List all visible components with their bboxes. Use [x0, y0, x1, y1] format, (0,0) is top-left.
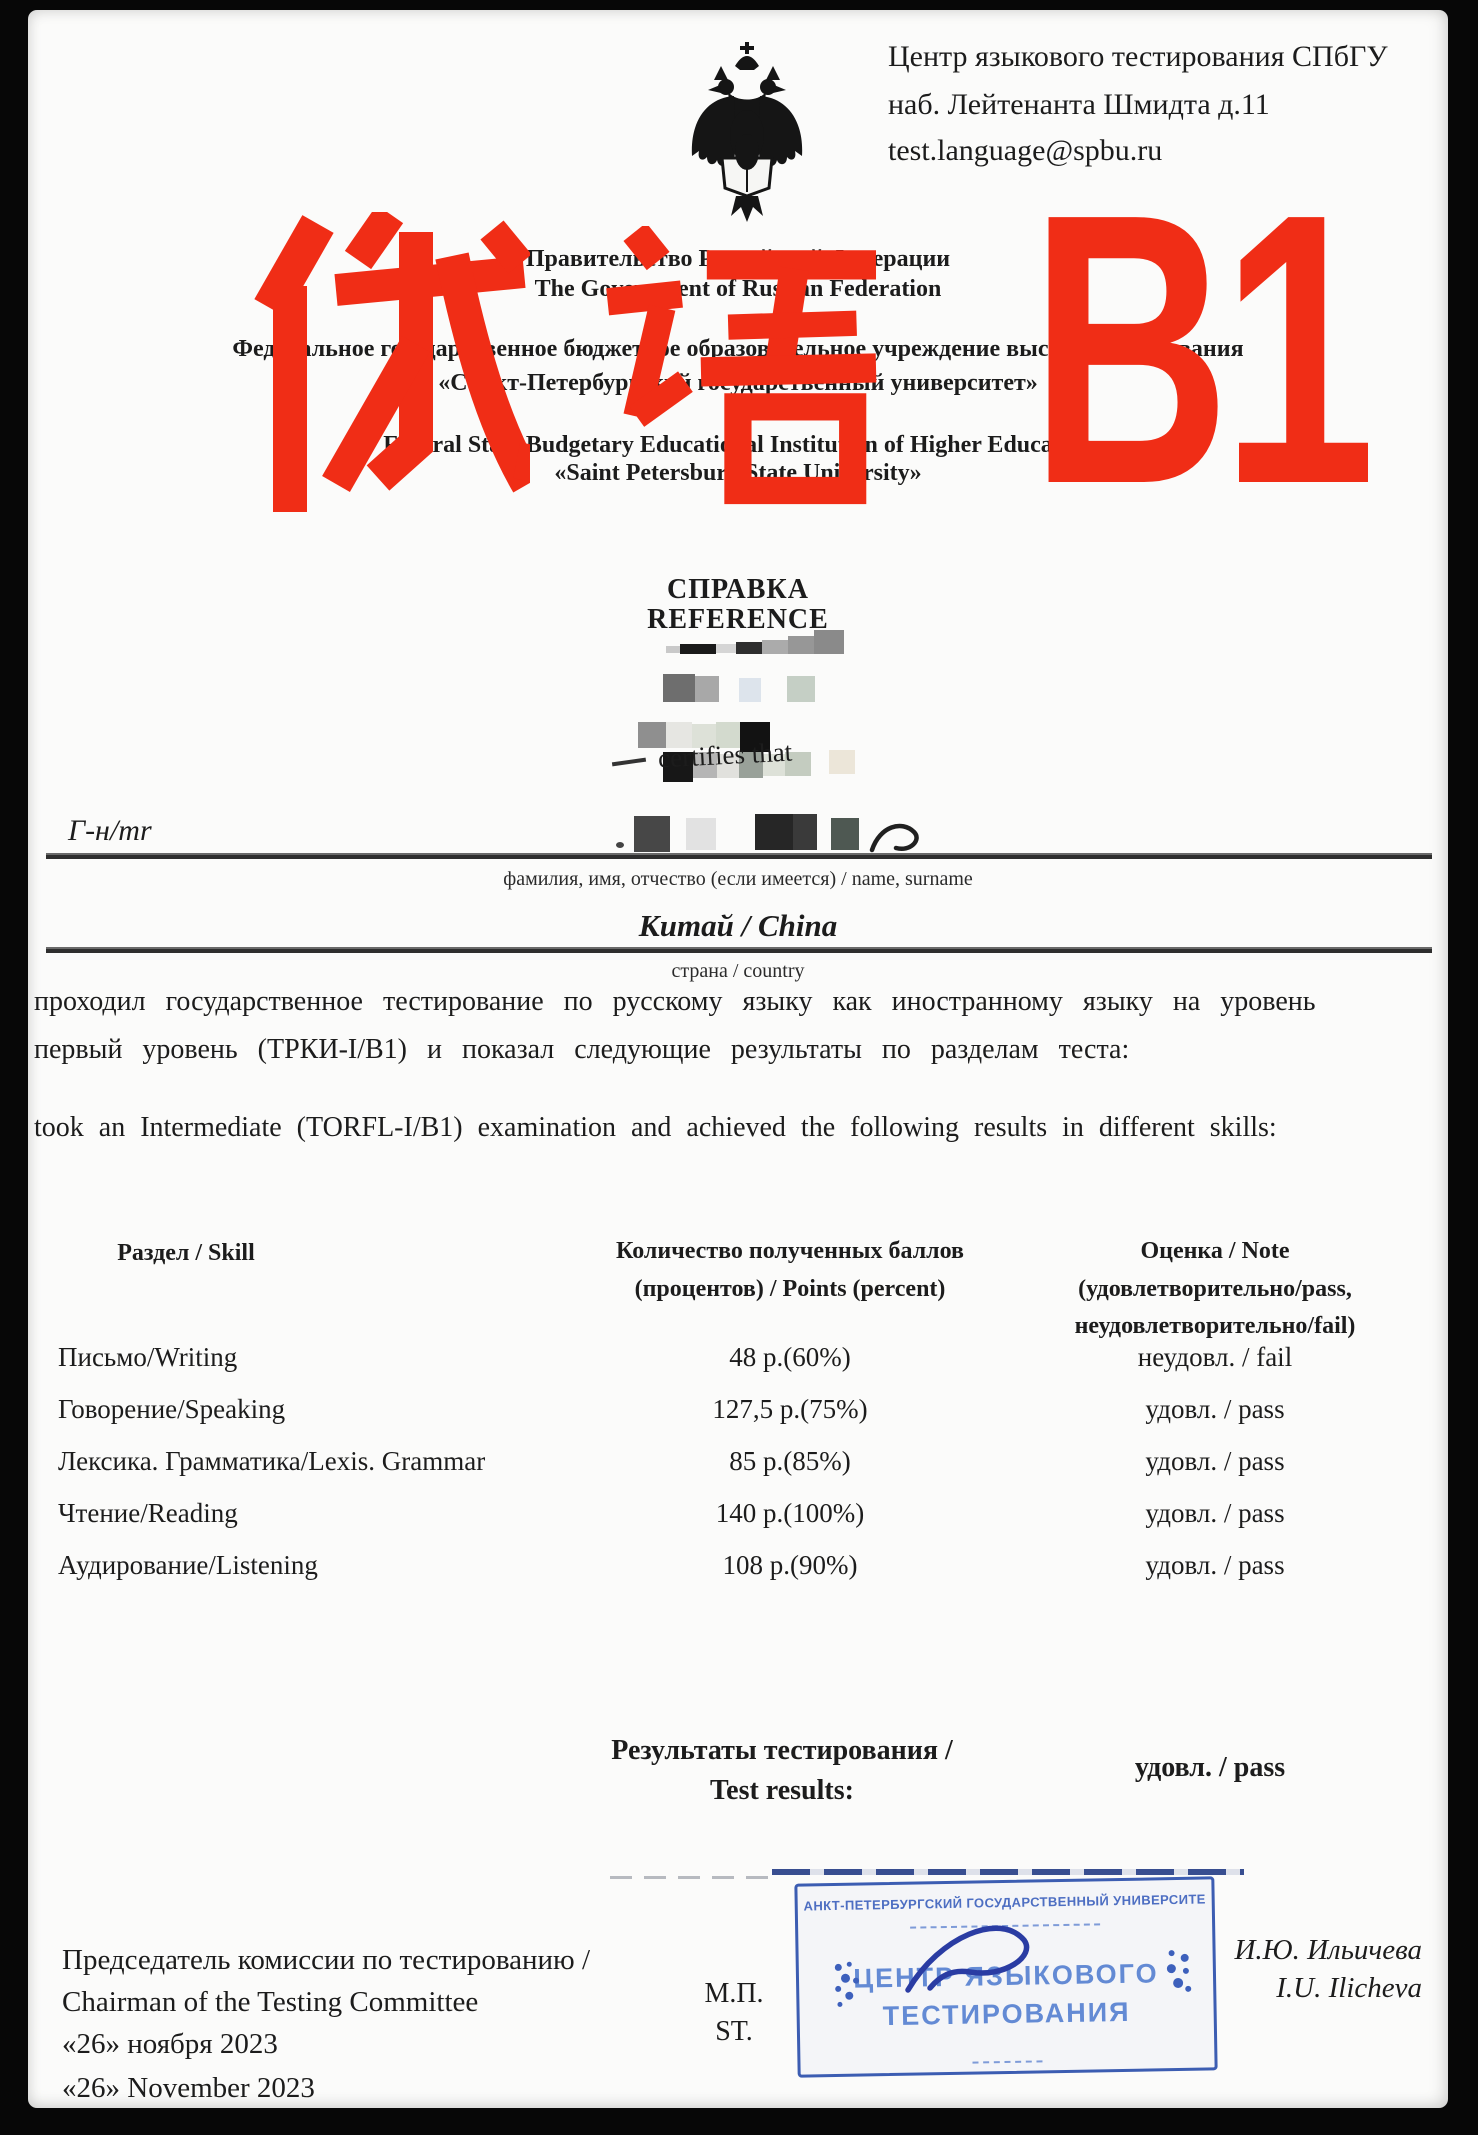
row-skill: Аудирование/Listening: [58, 1550, 318, 1581]
doc-title-ru: СПРАВКА: [28, 574, 1448, 606]
signature-flourish: [868, 818, 924, 858]
signer-name-en: I.U. Ilicheva: [1120, 1972, 1422, 2005]
row-points: 127,5 р.(75%): [575, 1394, 1005, 1425]
results-value: удовл. / pass: [975, 1752, 1445, 1784]
country-rule: [46, 949, 1432, 953]
row-skill: Говорение/Speaking: [58, 1394, 285, 1425]
row-points: 48 р.(60%): [575, 1342, 1005, 1373]
stamp-ring-text: АНКТ-ПЕТЕРБУРГСКИЙ ГОСУДАРСТВЕННЫЙ УНИВЕ…: [798, 1891, 1212, 1913]
stamp-abbr-en: ST.: [696, 2016, 772, 2048]
col-header-points-1: Количество полученных баллов: [575, 1238, 1005, 1265]
row-points: 85 р.(85%): [575, 1446, 1005, 1477]
col-header-points-2: (процентов) / Points (percent): [575, 1276, 1005, 1303]
date-ru: «26» ноября 2023: [62, 2028, 278, 2061]
col-header-note-1: Оценка / Note: [980, 1238, 1450, 1265]
row-points: 108 р.(90%): [575, 1550, 1005, 1581]
overlay-char-e: [240, 212, 530, 512]
row-skill: Письмо/Writing: [58, 1342, 237, 1373]
overlay-level-text: B1: [1030, 156, 1367, 541]
stamp-abbr-ru: М.П.: [696, 1978, 772, 2010]
row-points: 140 р.(100%): [575, 1498, 1005, 1529]
name-caption: фамилия, имя, отчество (если имеется) / …: [28, 868, 1448, 891]
signer-name-ru: И.Ю. Ильичева: [1120, 1934, 1422, 1967]
results-label-ru: Результаты тестирования /: [567, 1735, 997, 1767]
row-note: удовл. / pass: [980, 1446, 1450, 1477]
name-rule: [46, 855, 1432, 859]
date-en: «26» November 2023: [62, 2072, 315, 2105]
row-note: неудовл. / fail: [980, 1342, 1450, 1373]
row-note: удовл. / pass: [980, 1394, 1450, 1425]
org-address: наб. Лейтенанта Шмидта д.11: [888, 88, 1270, 122]
row-skill: Лексика. Грамматика/Lexis. Grammar: [58, 1446, 485, 1477]
stamp-left-emblem: [833, 1962, 862, 2010]
results-label-en: Test results:: [567, 1775, 997, 1807]
col-header-skill: Раздел / Skill: [50, 1240, 322, 1267]
body-ru-line2: первый уровень (ТРКИ-I/B1) и показал сле…: [34, 1034, 1129, 1066]
salutation: Г-н/mr: [68, 814, 152, 848]
chairman-en: Chairman of the Testing Committee: [62, 1986, 478, 2019]
body-en-line: took an Intermediate (TORFL-I/B1) examin…: [34, 1112, 1277, 1144]
country-value: Китай / China: [28, 908, 1448, 944]
chairman-signature: [900, 1918, 1040, 1998]
row-note: удовл. / pass: [980, 1498, 1450, 1529]
photo-artifact-line: [610, 1876, 770, 1879]
overlay-char-yu: [588, 226, 883, 508]
row-skill: Чтение/Reading: [58, 1498, 238, 1529]
country-caption: страна / country: [28, 960, 1448, 983]
body-ru-line1: проходил государственное тестирование по…: [34, 986, 1316, 1018]
doc-title-en: REFERENCE: [28, 604, 1448, 636]
col-header-note-3: неудовлетворительно/fail): [980, 1313, 1450, 1340]
stamp-top-edge-line: [772, 1869, 1244, 1875]
stamp-bottom-divider: [972, 2060, 1042, 2063]
row-note: удовл. / pass: [980, 1550, 1450, 1581]
university-eagle-emblem: [684, 40, 810, 222]
chairman-ru: Председатель комиссии по тестированию /: [62, 1944, 590, 1977]
col-header-note-2: (удовлетворительно/pass,: [980, 1276, 1450, 1303]
org-name: Центр языкового тестирования СПбГУ: [888, 40, 1388, 74]
